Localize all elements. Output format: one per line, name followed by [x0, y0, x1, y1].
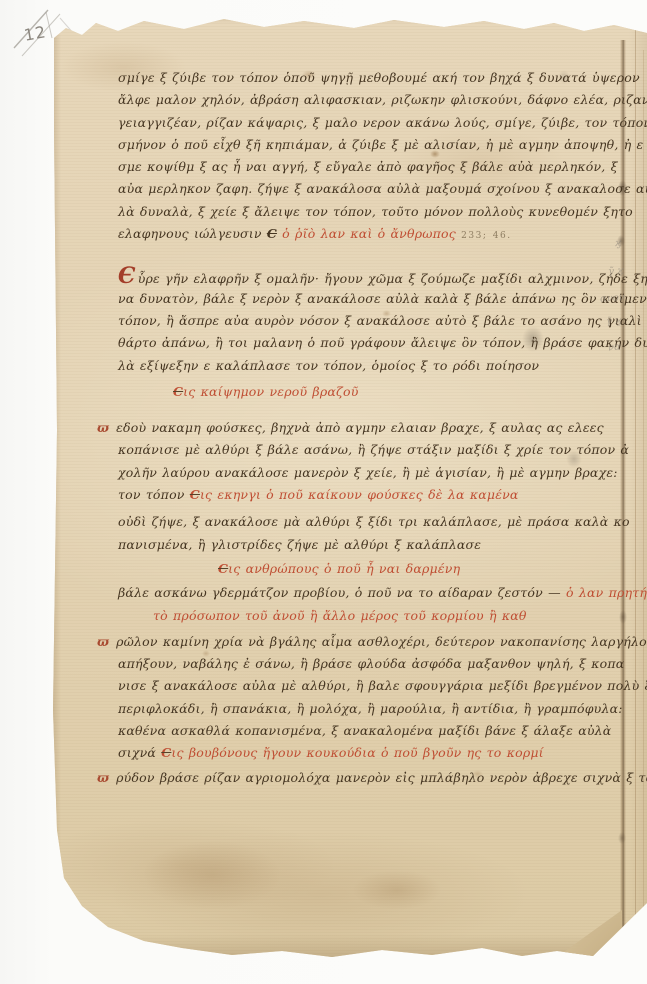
text-line: κοπάνισε μὲ αλθύρι ξ βάλε ασάνω, ἢ ζήψε …: [118, 439, 578, 461]
text-line: νισε ξ ανακάλοσε αὐλα μὲ αλθύρι, ἢ βαλε …: [118, 675, 578, 697]
body-text: απήξουν, ναβάλης ἐ σάνω, ἢ βράσε φλούδα …: [118, 656, 624, 671]
text-line: θάρτο ἀπάνω, ἢ τοι μαλανη ὁ ποῦ γράφουν …: [118, 332, 578, 354]
paragraph-mark-icon: Є: [267, 226, 277, 241]
text-line: ἄλφε μαλον χηλόν, ἀβράση αλιφασκιαν, ριζ…: [118, 89, 578, 111]
page-number: 12: [23, 22, 48, 45]
body-text: λὰ δυναλὰ, ξ χείε ξ ἄλειψε τον τόπον, το…: [118, 204, 633, 219]
text-line: βάλε ασκάνω γδερμάτζον προβίου, ὁ ποῦ να…: [118, 582, 578, 604]
text-line: ϖρύδον βράσε ρίζαν αγριομολόχα μανερὸν ε…: [118, 767, 578, 789]
text-line: τὸ πρόσωπον τοῦ ἀνοῦ ἢ ἄλλο μέρος τοῦ κο…: [118, 605, 578, 627]
body-text: ὗρε γῆν ελαφρῆν ξ ομαλῆν· ἤγουν χῶμα ξ ζ…: [138, 271, 647, 286]
ink-offset-ghost: γ̃ ϗ: [608, 265, 624, 277]
text-line: τον τόπον Єις εκηνγι ὁ ποῦ καίκουν φούσκ…: [118, 484, 578, 506]
gutter-crease: [620, 40, 626, 942]
text-line: απήξουν, ναβάλης ἐ σάνω, ἢ βράσε φλούδα …: [118, 653, 578, 675]
rubric-text: ις ανθρώπους ὁ ποῦ ἦ ναι δαρμένη: [228, 561, 460, 576]
body-text: οὐδὶ ζήψε, ξ ανακάλοσε μὰ αλθύρι ξ ξίδι …: [118, 514, 630, 529]
text-line: λὰ εξίψεξην ε καλάπλασε τον τόπον, ὁμοίο…: [118, 355, 578, 377]
margin-mark-icon: ϖ: [97, 420, 109, 435]
rubric-text: ις βουβόνους ἤγουν κουκούδια ὁ ποῦ βγοῦν…: [171, 745, 543, 760]
rubric-text: Є: [173, 384, 183, 399]
body-text: σμίγε ξ ζύιβε τον τόπον ὁποῦ ψηγῇ μεθοβο…: [118, 70, 640, 85]
next-folio-edge: [635, 10, 636, 960]
body-text: βάλε ασκάνω γδερμάτζον προβίου, ὁ ποῦ να…: [118, 585, 566, 600]
shelfmark-note: 233; 46.: [461, 231, 511, 241]
body-text: τόπον, ἢ ἄσπρε αὐα αυρὸν νόσον ξ ανακάλο…: [118, 313, 647, 328]
body-text: πανισμένα, ἢ γλιστρίδες ζήψε μὲ αλθύρι ξ…: [118, 537, 481, 552]
text-line: τόπον, ἢ ἄσπρε αὐα αυρὸν νόσον ξ ανακάλο…: [118, 310, 578, 332]
text-line: ϖρῶλον καμίνη χρία νὰ βγάλης αἷμα ασθλοχ…: [118, 631, 578, 653]
rubric-text: ις εκηνγι ὁ ποῦ καίκουν φούσκες δὲ λα κα…: [200, 487, 519, 502]
text-line: σιχνά Єις βουβόνους ἤγουν κουκούδια ὁ πο…: [118, 742, 578, 764]
rubric-text: Є: [218, 561, 228, 576]
rubric-text: Є: [161, 745, 171, 760]
body-text: να δυνατὸν, βάλε ξ νερὸν ξ ανακάλοσε αὐλ…: [118, 291, 647, 306]
body-text: νισε ξ ανακάλοσε αὐλα μὲ αλθύρι, ἢ βαλε …: [118, 678, 647, 693]
body-text: ρύδον βράσε ρίζαν αγριομολόχα μανερὸν εἰ…: [116, 770, 647, 785]
body-text: τον τόπον: [118, 487, 190, 502]
initial-letter: Є: [118, 263, 136, 289]
body-text: ἄλφε μαλον χηλόν, ἀβράση αλιφασκιαν, ριζ…: [118, 92, 647, 107]
body-text: σμε κοψίθμ ξ ας ἦ ναι αγγή, ξ εὔγαλε ἀπὸ…: [118, 159, 618, 174]
text-line: γειαγγιζέαν, ρίζαν κάψαρις, ξ μαλο νερον…: [118, 112, 578, 134]
rubric-text: τὸ πρόσωπον τοῦ ἀνοῦ ἢ ἄλλο μέρος τοῦ κο…: [153, 608, 527, 623]
text-line: Єις καίψημον νεροῦ βραζοῦ: [118, 381, 578, 403]
text-line: σμίγε ξ ζύιβε τον τόπον ὁποῦ ψηγῇ μεθοβο…: [118, 67, 578, 89]
ink-offset-ghost: ϗ: [615, 238, 622, 249]
text-line: καθένα ασκαθλά κοπανισμένα, ξ ανακαλομέν…: [118, 720, 578, 742]
stain: [142, 840, 282, 910]
text-line: σμήνον ὁ ποῦ εἶχθ ξῆ κηπιάμαν, ἀ ζύιβε ξ…: [118, 134, 578, 156]
rubric-text: ὁ λαν πρητή: [566, 585, 647, 600]
rubric-text: Є: [190, 487, 200, 502]
body-text: κοπάνισε μὲ αλθύρι ξ βάλε ασάνω, ἢ ζήψε …: [118, 442, 629, 457]
text-line: περιφλοκάδι, ἢ σπανάκια, ἢ μολόχα, ἢ μαρ…: [118, 698, 578, 720]
text-line: οὐδὶ ζήψε, ξ ανακάλοσε μὰ αλθύρι ξ ξίδι …: [118, 511, 578, 533]
text-block: σμίγε ξ ζύιβε τον τόπον ὁποῦ ψηγῇ μεθοβο…: [118, 67, 578, 789]
text-line: Єὗρε γῆν ελαφρῆν ξ ομαλῆν· ἤγουν χῶμα ξ …: [118, 265, 578, 287]
body-text: αὐα μερληκον ζαφη. ζήψε ξ ανακάλοσα αὐλὰ…: [118, 181, 647, 196]
ink-offset-ghost: ανον: [600, 292, 626, 305]
body-text: γειαγγιζέαν, ρίζαν κάψαρις, ξ μαλο νερον…: [118, 115, 647, 130]
body-text: θάρτο ἀπάνω, ἢ τοι μαλανη ὁ ποῦ γράφουν …: [118, 335, 647, 350]
ink-offset-ghost: να: [608, 342, 622, 354]
corner-fold: [550, 910, 622, 962]
text-line: χολῆν λαύρου ανακάλοσε μανερὸν ξ χείε, ἢ…: [118, 462, 578, 484]
margin-mark-icon: ϖ: [97, 770, 109, 785]
text-line: ελαφηνους ιώλγευσιν Є ὁ ῥῖὸ λαν καὶ ὁ ἄν…: [118, 223, 578, 245]
body-text: λὰ εξίψεξην ε καλάπλασε τον τόπον, ὁμοίο…: [118, 358, 539, 373]
margin-mark-icon: ϖ: [97, 634, 109, 649]
body-text: ρῶλον καμίνη χρία νὰ βγάλης αἷμα ασθλοχέ…: [116, 634, 647, 649]
ink-offset-ghost: γ̃ ϗ: [606, 315, 622, 327]
manuscript-page: σμίγε ξ ζύιβε τον τόπον ὁποῦ ψηγῇ μεθοβο…: [52, 10, 647, 960]
stain: [352, 870, 442, 910]
body-text: ελαφηνους ιώλγευσιν: [118, 226, 267, 241]
body-text: καθένα ασκαθλά κοπανισμένα, ξ ανακαλομέν…: [118, 723, 611, 738]
text-line: να δυνατὸν, βάλε ξ νερὸν ξ ανακάλοσε αὐλ…: [118, 288, 578, 310]
text-line: ϖεδοὺ νακαμη φούσκες, βηχνὰ ἀπὸ αγμην ελ…: [118, 417, 578, 439]
text-line: αὐα μερληκον ζαφη. ζήψε ξ ανακάλοσα αὐλὰ…: [118, 178, 578, 200]
body-text: χολῆν λαύρου ανακάλοσε μανερὸν ξ χείε, ἢ…: [118, 465, 618, 480]
rubric-text: ις καίψημον νεροῦ βραζοῦ: [183, 384, 358, 399]
body-text: σιχνά: [118, 745, 161, 760]
body-text: περιφλοκάδι, ἢ σπανάκια, ἢ μολόχα, ἢ μαρ…: [118, 701, 623, 716]
rubric-text: ὁ ῥῖὸ λαν καὶ ὁ ἄνθρωπος: [277, 226, 461, 241]
body-text: σμήνον ὁ ποῦ εἶχθ ξῆ κηπιάμαν, ἀ ζύιβε ξ…: [118, 137, 643, 152]
text-line: σμε κοψίθμ ξ ας ἦ ναι αγγή, ξ εὔγαλε ἀπὸ…: [118, 156, 578, 178]
scanner-background: { "page": { "foliation_pencil": "12", "s…: [0, 0, 647, 984]
text-line: Єις ανθρώπους ὁ ποῦ ἦ ναι δαρμένη: [118, 558, 578, 580]
text-line: λὰ δυναλὰ, ξ χείε ξ ἄλειψε τον τόπον, το…: [118, 201, 578, 223]
body-text: εδοὺ νακαμη φούσκες, βηχνὰ ἀπὸ αγμην ελα…: [116, 420, 604, 435]
text-line: πανισμένα, ἢ γλιστρίδες ζήψε μὲ αλθύρι ξ…: [118, 534, 578, 556]
